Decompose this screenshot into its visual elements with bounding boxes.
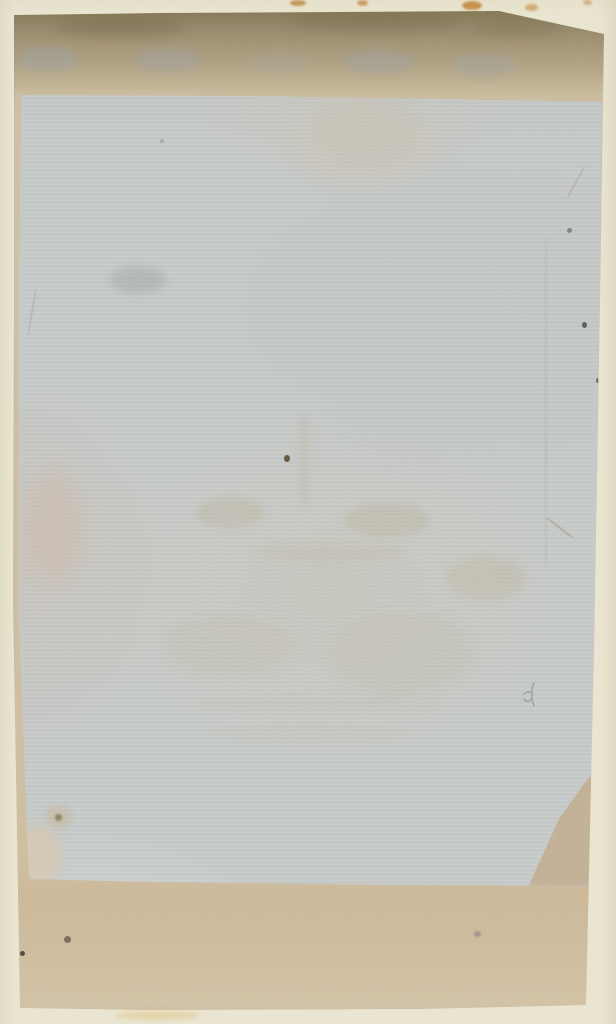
mount-stain-orange-2 [357, 0, 368, 6]
mount-board-stains [0, 0, 616, 1024]
mount-smear-bottom [115, 1011, 200, 1020]
photograph-of-artwork-verso [0, 0, 616, 1024]
mount-stain-orange-3 [462, 1, 482, 10]
mount-stain-orange-4 [525, 4, 538, 11]
mount-stain-orange-5 [583, 0, 592, 5]
mount-stain-orange-1 [290, 0, 306, 6]
